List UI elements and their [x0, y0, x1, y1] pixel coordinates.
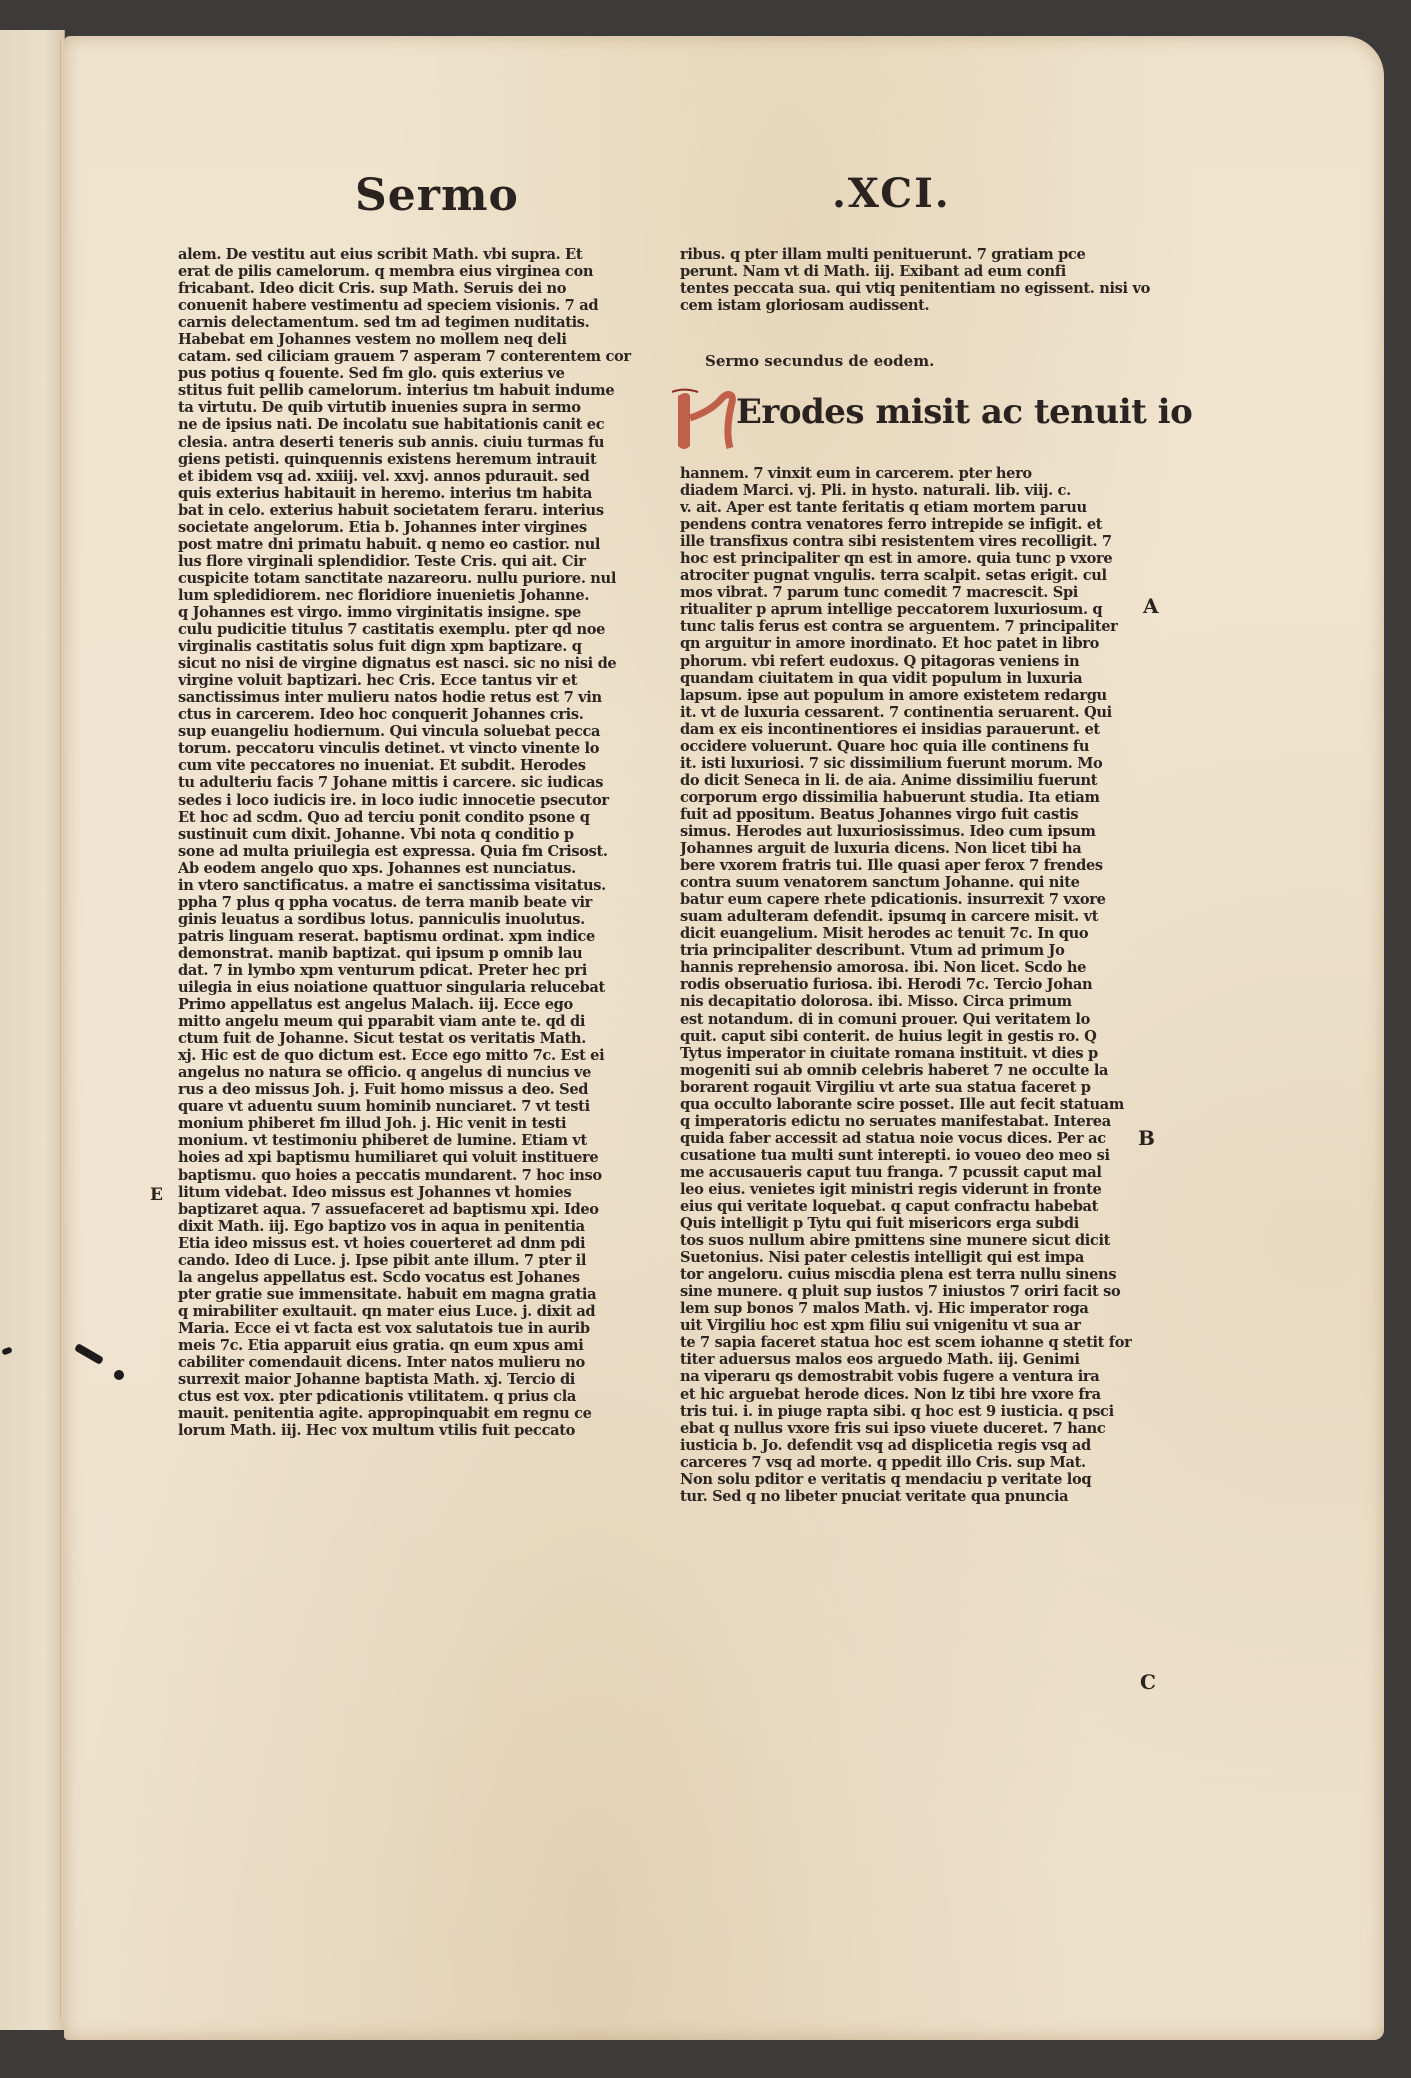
previous-leaf-edge	[0, 30, 65, 2030]
marginal-letter-b: B	[1138, 1126, 1155, 1150]
text-line: tunc talis ferus est contra se arguentem…	[680, 618, 1150, 635]
marginal-letter-a: A	[1143, 594, 1159, 618]
text-line: uilegia in eius noiatione quattuor singu…	[178, 979, 642, 996]
text-line: est notandum. di in comuni prouer. Qui v…	[680, 1011, 1150, 1028]
text-line: mos vibrat. 7 parum tunc comedit 7 macre…	[680, 584, 1150, 601]
text-line: uit Virgiliu hoc est xpm filiu sui vnige…	[680, 1317, 1150, 1334]
text-line: mogeniti sui ab omnib celebris haberet 7…	[680, 1062, 1150, 1079]
text-line: borarent rogauit Virgiliu vt arte sua st…	[680, 1079, 1150, 1096]
text-line: corporum ergo dissimilia habuerunt studi…	[680, 789, 1150, 806]
text-line: demonstrat. manib baptizat. qui ipsum p …	[178, 945, 642, 962]
text-line: lapsum. ipse aut populum in amore existe…	[680, 687, 1150, 704]
text-line: carnis delectamentum. sed tm ad tegimen …	[178, 314, 642, 331]
text-line: leo eius. venietes igit ministri regis v…	[680, 1181, 1150, 1198]
text-line: sicut no nisi de virgine dignatus est na…	[178, 655, 642, 672]
text-line: fuit ad ppositum. Beatus Johannes virgo …	[680, 806, 1150, 823]
text-line: sustinuit cum dixit. Johanne. Vbi nota q…	[178, 826, 642, 843]
running-head-left: Sermo	[355, 170, 519, 221]
text-line: it. vt de luxuria cessarent. 7 continent…	[680, 704, 1150, 721]
text-line: lorum Math. iij. Hec vox multum vtilis f…	[178, 1422, 642, 1439]
text-line: cem istam gloriosam audissent.	[680, 297, 1150, 314]
text-line: ribus. q pter illam multi penituerunt. 7…	[680, 246, 1150, 263]
text-line: te 7 sapia faceret statua hoc est scem i…	[680, 1334, 1150, 1351]
text-line: occidere voluerunt. Quare hoc quia ille …	[680, 738, 1150, 755]
text-line: cusatione tua multi sunt interepti. io v…	[680, 1147, 1150, 1164]
left-text-column: alem. De vestitu aut eius scribit Math. …	[178, 246, 642, 1439]
text-line: Tytus imperator in ciuitate romana insti…	[680, 1045, 1150, 1062]
text-line: tur. Sed q no libeter pnuciat veritate q…	[680, 1488, 1150, 1505]
text-line: meis 7c. Etia apparuit eius gratia. qn e…	[178, 1337, 642, 1354]
text-line: baptismu. quo hoies a peccatis mundarent…	[178, 1167, 642, 1184]
text-line: qn arguitur in amore inordinato. Et hoc …	[680, 635, 1150, 652]
text-line: carceres 7 vsq ad morte. q ppedit illo C…	[680, 1454, 1150, 1471]
text-line: lus flore virginali splendidior. Teste C…	[178, 553, 642, 570]
text-line: v. ait. Aper est tante feritatis q etiam…	[680, 499, 1150, 516]
text-line: nis decapitatio dolorosa. ibi. Misso. Ci…	[680, 993, 1150, 1010]
text-line: conuenit habere vestimentu ad speciem vi…	[178, 297, 642, 314]
text-line: me accusaueris caput tuu franga. 7 pcuss…	[680, 1164, 1150, 1181]
text-line: hannis reprehensio amorosa. ibi. Non lic…	[680, 959, 1150, 976]
text-line: patris linguam reserat. baptismu ordinat…	[178, 928, 642, 945]
section-heading: Sermo secundus de eodem.	[705, 352, 934, 370]
text-line: dicit euangelium. Misit herodes ac tenui…	[680, 925, 1150, 942]
text-line: titer aduersus malos eos arguedo Math. i…	[680, 1351, 1150, 1368]
text-line: giens petisti. quinquennis existens here…	[178, 451, 642, 468]
text-line: erat de pilis camelorum. q membra eius v…	[178, 263, 642, 280]
text-line: tos suos nullum abire pmittens sine mune…	[680, 1232, 1150, 1249]
text-line: tu adulteriu facis 7 Johane mittis i car…	[178, 774, 642, 791]
text-line: Habebat em Johannes vestem no mollem neq…	[178, 331, 642, 348]
text-line: pter gratie sue immensitate. habuit em m…	[178, 1286, 642, 1303]
text-line: suam adulteram defendit. ipsumq in carce…	[680, 908, 1150, 925]
gutter-fold	[60, 40, 63, 2020]
text-line: alem. De vestitu aut eius scribit Math. …	[178, 246, 642, 263]
text-line: tor angeloru. cuius miscdia plena est te…	[680, 1266, 1150, 1283]
text-line: Non solu pditor e veritatis q mendaciu p…	[680, 1471, 1150, 1488]
text-line: fricabant. Ideo dicit Cris. sup Math. Se…	[178, 280, 642, 297]
text-line: q Johannes est virgo. immo virginitatis …	[178, 604, 642, 621]
text-line: it. isti luxuriosi. 7 sic dissimilium fu…	[680, 755, 1150, 772]
text-line: quida faber accessit ad statua noie vocu…	[680, 1130, 1150, 1147]
text-line: sup euangeliu hodiernum. Qui vincula sol…	[178, 723, 642, 740]
text-line: quandam ciuitatem in qua vidit populum i…	[680, 670, 1150, 687]
text-line: hoc est principaliter qn est in amore. q…	[680, 550, 1150, 567]
text-line: sanctissimus inter mulieru natos hodie r…	[178, 689, 642, 706]
text-line: lem sup bonos 7 malos Math. vj. Hic impe…	[680, 1300, 1150, 1317]
marginal-letter-e: E	[150, 1185, 163, 1205]
text-line: quit. caput sibi conterit. de huius legi…	[680, 1028, 1150, 1045]
text-line: ta virtutu. De quib virtutib inuenies su…	[178, 399, 642, 416]
marginal-letter-c: C	[1140, 1670, 1156, 1694]
text-line: clesia. antra deserti teneris sub annis.…	[178, 434, 642, 451]
text-line: do dicit Seneca in li. de aia. Anime dis…	[680, 772, 1150, 789]
text-line: phorum. vbi refert eudoxus. Q pitagoras …	[680, 653, 1150, 670]
text-line: Et hoc ad scdm. Quo ad terciu ponit cond…	[178, 809, 642, 826]
text-line: ctum fuit de Johanne. Sicut testat os ve…	[178, 1030, 642, 1047]
text-line: iusticia b. Jo. defendit vsq ad displice…	[680, 1437, 1150, 1454]
text-line: baptizaret aqua. 7 assuefaceret ad bapti…	[178, 1201, 642, 1218]
text-line: societate angelorum. Etia b. Johannes in…	[178, 519, 642, 536]
text-line: bere vxorem fratris tui. Ille quasi aper…	[680, 857, 1150, 874]
text-line: tria principaliter describunt. Vtum ad p…	[680, 942, 1150, 959]
text-line: atrociter pugnat vngulis. terra scalpit.…	[680, 567, 1150, 584]
text-line: torum. peccatoru vinculis detinet. vt vi…	[178, 740, 642, 757]
text-line: virginalis castitatis solus fuit dign xp…	[178, 638, 642, 655]
text-line: ppha 7 plus q ppha vocatus. de terra man…	[178, 894, 642, 911]
text-line: qua occulto laborante scire posset. Ille…	[680, 1096, 1150, 1113]
text-line: contra suum venatorem sanctum Johanne. q…	[680, 874, 1150, 891]
text-line: mauit. penitentia agite. appropinquabit …	[178, 1405, 642, 1422]
text-line: cum vite peccatores no inueniat. Et subd…	[178, 757, 642, 774]
text-line: na viperaru qs demostrabit vobis fugere …	[680, 1368, 1150, 1385]
text-line: sone ad multa priuilegia est expressa. Q…	[178, 843, 642, 860]
text-line: ebat q nullus vxore fris sui ipso viuete…	[680, 1420, 1150, 1437]
incipit-line: Erodes misit ac tenuit io	[736, 392, 1192, 432]
text-line: q mirabiliter exultauit. qn mater eius L…	[178, 1303, 642, 1320]
text-line: mitto angelu meum qui pparabit viam ante…	[178, 1013, 642, 1030]
text-line: ille transfixus contra sibi resistentem …	[680, 533, 1150, 550]
text-line: pendens contra venatores ferro intrepide…	[680, 516, 1150, 533]
text-line: eius qui veritate loquebat. q caput conf…	[680, 1198, 1150, 1215]
text-line: virgine voluit baptizari. hec Cris. Ecce…	[178, 672, 642, 689]
text-line: monium. vt testimoniu phiberet de lumine…	[178, 1132, 642, 1149]
text-line: ritualiter p aprum intellige peccatorem …	[680, 601, 1150, 618]
text-line: ne de ipsius nati. De incolatu sue habit…	[178, 416, 642, 433]
text-line: post matre dni primatu habuit. q nemo eo…	[178, 536, 642, 553]
text-line: Maria. Ecce ei vt facta est vox salutato…	[178, 1320, 642, 1337]
text-line: cabiliter comendauit dicens. Inter natos…	[178, 1354, 642, 1371]
text-line: Ab eodem angelo quo xps. Johannes est nu…	[178, 860, 642, 877]
text-line: rodis obseruatio furiosa. ibi. Herodi 7c…	[680, 976, 1150, 993]
text-line: et hic arguebat herode dices. Non lz tib…	[680, 1386, 1150, 1403]
text-line: dixit Math. iij. Ego baptizo vos in aqua…	[178, 1218, 642, 1235]
text-line: Etia ideo missus est. vt hoies couertere…	[178, 1235, 642, 1252]
text-line: ginis leuatus a sordibus lotus. pannicul…	[178, 911, 642, 928]
text-line: Suetonius. Nisi pater celestis intelligi…	[680, 1249, 1150, 1266]
right-text-column-body: hannem. 7 vinxit eum in carcerem. pter h…	[680, 465, 1150, 1505]
text-line: cando. Ideo di Luce. j. Ipse pibit ante …	[178, 1252, 642, 1269]
text-line: Johannes arguit de luxuria dicens. Non l…	[680, 840, 1150, 857]
text-line: dam ex eis incontinentiores ei insidias …	[680, 721, 1150, 738]
text-line: lum spledidiorem. nec floridiore inuenie…	[178, 587, 642, 604]
text-line: perunt. Nam vt di Math. iij. Exibant ad …	[680, 263, 1150, 280]
text-line: et ibidem vsq ad. xxiiij. vel. xxvj. ann…	[178, 468, 642, 485]
text-line: sine munere. q pluit sup iustos 7 iniust…	[680, 1283, 1150, 1300]
text-line: catam. sed ciliciam grauem 7 asperam 7 c…	[178, 348, 642, 365]
text-line: Quis intelligit p Tytu qui fuit miserico…	[680, 1215, 1150, 1232]
text-line: pus potius q fouente. Sed fm glo. quis e…	[178, 365, 642, 382]
text-line: hoies ad xpi baptismu humiliaret qui vol…	[178, 1149, 642, 1166]
text-line: batur eum capere rhete pdicationis. insu…	[680, 891, 1150, 908]
text-line: litum videbat. Ideo missus est Johannes …	[178, 1184, 642, 1201]
text-line: Primo appellatus est angelus Malach. iij…	[178, 996, 642, 1013]
text-line: tentes peccata sua. qui vtiq penitentiam…	[680, 280, 1150, 297]
ink-dot	[114, 1370, 124, 1380]
text-line: bat in celo. exterius habuit societatem …	[178, 502, 642, 519]
folio-number: .XCI.	[832, 170, 951, 217]
text-line: ctus est vox. pter pdicationis vtilitate…	[178, 1388, 642, 1405]
rubricated-initial-h-icon	[672, 388, 740, 452]
text-line: xj. Hic est de quo dictum est. Ecce ego …	[178, 1047, 642, 1064]
text-line: in vtero sanctificatus. a matre ei sanct…	[178, 877, 642, 894]
text-line: tris tui. i. in piuge rapta sibi. q hoc …	[680, 1403, 1150, 1420]
text-line: monium phiberet fm illud Joh. j. Hic ven…	[178, 1115, 642, 1132]
text-line: rus a deo missus Joh. j. Fuit homo missu…	[178, 1081, 642, 1098]
text-line: sedes i loco iudicis ire. in loco iudic …	[178, 792, 642, 809]
text-line: cuspicite totam sanctitate nazareoru. nu…	[178, 570, 642, 587]
text-line: q imperatoris edictu no seruates manifes…	[680, 1113, 1150, 1130]
text-line: quis exterius habitauit in heremo. inter…	[178, 485, 642, 502]
text-line: surrexit maior Johanne baptista Math. xj…	[178, 1371, 642, 1388]
text-line: quare vt aduentu suum hominib nunciaret.…	[178, 1098, 642, 1115]
text-line: la angelus appellatus est. Scdo vocatus …	[178, 1269, 642, 1286]
right-text-column-top: ribus. q pter illam multi penituerunt. 7…	[680, 246, 1150, 314]
text-line: ctus in carcerem. Ideo hoc conquerit Joh…	[178, 706, 642, 723]
text-line: stitus fuit pellib camelorum. interius t…	[178, 382, 642, 399]
text-line: culu pudicitie titulus 7 castitatis exem…	[178, 621, 642, 638]
text-line: diadem Marci. vj. Pli. in hysto. natural…	[680, 482, 1150, 499]
text-line: simus. Herodes aut luxuriosissimus. Ideo…	[680, 823, 1150, 840]
text-line: dat. 7 in lymbo xpm venturum pdicat. Pre…	[178, 962, 642, 979]
text-line: angelus no natura se officio. q angelus …	[178, 1064, 642, 1081]
text-line: hannem. 7 vinxit eum in carcerem. pter h…	[680, 465, 1150, 482]
